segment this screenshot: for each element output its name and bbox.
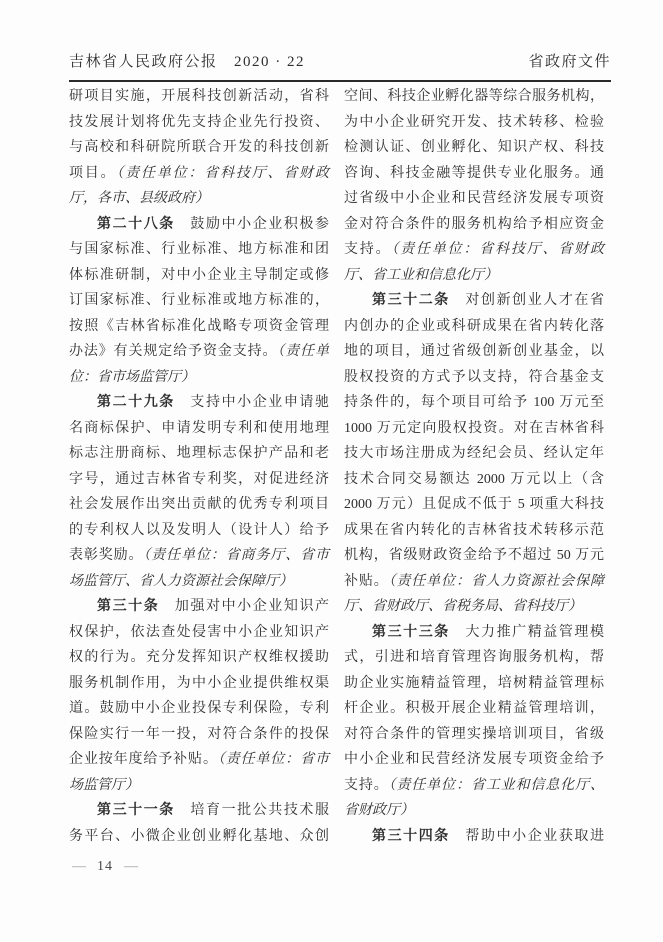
body-text: 培育一批公共技术服	[175, 803, 329, 818]
footer-dash-right: —	[124, 859, 138, 874]
body-text: 办法》有关规定给予资金支持。	[69, 344, 277, 359]
text-line: 1000 万元定向股权投资。对在吉林省科	[344, 416, 604, 442]
section-label: 省政府文件	[528, 50, 611, 71]
body-text: 金对符合条件的服务机构给予相应资金	[344, 217, 604, 232]
article-number: 第三十一条	[97, 803, 175, 818]
text-line: 体标准研制，对中小企业主导制定或修	[69, 263, 329, 289]
responsibility-note: （责任单位：省科技厅、省财政	[116, 166, 329, 181]
text-line: 金对符合条件的服务机构给予相应资金	[344, 212, 604, 238]
body-text: 技术合同交易额达 2000 万元以上（含	[344, 472, 604, 487]
body-text: 技大市场注册成为经纪会员、经认定年	[344, 446, 604, 461]
body-text: 帮助中小企业获取进	[450, 829, 604, 844]
text-line: 第三十条 加强对中小企业知识产	[69, 594, 329, 620]
text-line: 式，引进和培育管理咨询服务机构，帮	[344, 645, 604, 671]
text-line: 支持。（责任单位：省科技厅、省财政	[344, 237, 604, 263]
text-line: 内创办的企业或科研成果在省内转化落	[344, 314, 604, 340]
body-text: 过省级中小企业和民营经济发展专项资	[344, 191, 604, 206]
body-text: 2000 万元）且促成不低于 5 项重大科技	[344, 497, 604, 512]
text-line: 名商标保护、申请发明专利和使用地理	[69, 416, 329, 442]
text-line: 第三十一条 培育一批公共技术服	[69, 798, 329, 824]
body-text: 地的项目，通过省级创新创业基金，以	[344, 344, 604, 359]
text-line: 第二十九条 支持中小企业申请驰	[69, 390, 329, 416]
text-line: 项目。（责任单位：省科技厅、省财政	[69, 161, 329, 187]
text-line: 厅、省工业和信息化厅）	[344, 263, 604, 289]
text-line: 检测认证、创业孵化、知识产权、科技	[344, 135, 604, 161]
body-text: 务平台、小微企业创业孵化基地、众创	[69, 829, 329, 844]
body-text: 空间、科技企业孵化器等综合服务机构，	[344, 89, 604, 104]
body-text: 表彰奖励。	[69, 548, 143, 563]
text-line: 与国家标准、行业标准、地方标准和团	[69, 237, 329, 263]
body-text: 保险实行一年一投，对符合条件的投保	[69, 727, 329, 742]
body-text: 订国家标准、行业标准或地方标准的，	[69, 293, 329, 308]
text-line: 第三十三条 大力推广精益管理模	[344, 620, 604, 646]
body-text: 机构，省级财政资金给予不超过 50 万元	[344, 548, 604, 563]
responsibility-note: 场监管厅）	[69, 778, 139, 793]
body-text: 按照《吉林省标准化战略专项资金管理	[69, 319, 329, 334]
text-line: 保险实行一年一投，对符合条件的投保	[69, 722, 329, 748]
text-line: 场监管厅、省人力资源社会保障厅）	[69, 569, 329, 595]
page-number: 14	[97, 859, 113, 874]
article-number: 第三十二条	[372, 293, 450, 308]
text-line: 补贴。（责任单位：省人力资源社会保障	[344, 569, 604, 595]
body-text: 字号，通过吉林省专利奖，对促进经济	[69, 472, 329, 487]
responsibility-note: 厅、省财政厅、省税务局、省科技厅）	[344, 599, 582, 614]
responsibility-note: （责任单位：省人力资源社会保障	[389, 574, 604, 589]
responsibility-note: （责任单位：省科技厅、省财政	[391, 242, 604, 257]
body-text: 与高校和科研院所联合开发的科技创新	[69, 140, 329, 155]
responsibility-note: （责任单位：省工业和信息化厅、	[389, 778, 604, 793]
responsibility-note: 厅，各市、县级政府）	[69, 191, 209, 206]
footer-dash-left: —	[72, 859, 86, 874]
responsibility-note: 场监管厅、省人力资源社会保障厅）	[69, 574, 293, 589]
body-text: 服务机制作用，为中小企业提供维权渠	[69, 676, 329, 691]
text-line: 地的项目，通过省级创新创业基金，以	[344, 339, 604, 365]
text-line: 企业按年度给予补贴。（责任单位：省市	[69, 747, 329, 773]
responsibility-note: 厅、省工业和信息化厅）	[344, 268, 498, 283]
text-line: 支持。（责任单位：省工业和信息化厅、	[344, 773, 604, 799]
responsibility-note: （责任单位：省商务厅、省市	[143, 548, 329, 563]
body-text: 补贴。	[344, 574, 389, 589]
text-line: 场监管厅）	[69, 773, 329, 799]
body-text: 体标准研制，对中小企业主导制定或修	[69, 268, 329, 283]
body-text: 对符合条件的管理实操培训项目，省级	[344, 727, 604, 742]
body-text: 式，引进和培育管理咨询服务机构，帮	[344, 650, 604, 665]
text-line: 第二十八条 鼓励中小企业积极参	[69, 212, 329, 238]
text-line: 为中小企业研究开发、技术转移、检验	[344, 110, 604, 136]
body-text: 名商标保护、申请发明专利和使用地理	[69, 421, 329, 436]
text-line: 按照《吉林省标准化战略专项资金管理	[69, 314, 329, 340]
column-right: 空间、科技企业孵化器等综合服务机构，为中小企业研究开发、技术转移、检验检测认证、…	[344, 84, 604, 849]
body-text: 持条件的，每个项目可给予 100 万元至	[344, 395, 604, 410]
text-line: 厅、省财政厅、省税务局、省科技厅）	[344, 594, 604, 620]
gazette-title: 吉林省人民政府公报 2020 · 22	[69, 50, 305, 71]
text-line: 省财政厅）	[344, 798, 604, 824]
text-line: 权保护，依法查处侵害中小企业知识产	[69, 620, 329, 646]
text-line: 厅，各市、县级政府）	[69, 186, 329, 212]
article-number: 第三十条	[97, 599, 159, 614]
text-line: 杆企业。积极开展企业精益管理培训，	[344, 696, 604, 722]
article-number: 第二十八条	[97, 217, 175, 232]
responsibility-note: 位：省市场监管厅）	[69, 370, 195, 385]
text-line: 研项目实施，开展科技创新活动，省科	[69, 84, 329, 110]
text-line: 位：省市场监管厅）	[69, 365, 329, 391]
body-text: 对创新创业人才在省	[450, 293, 604, 308]
text-line: 机构，省级财政资金给予不超过 50 万元	[344, 543, 604, 569]
text-line: 订国家标准、行业标准或地方标准的，	[69, 288, 329, 314]
responsibility-note: （责任单位：省市	[218, 752, 329, 767]
article-number: 第三十四条	[372, 829, 450, 844]
body-text: 为中小企业研究开发、技术转移、检验	[344, 115, 604, 130]
body-text: 支持。	[344, 778, 389, 793]
text-line: 务平台、小微企业创业孵化基地、众创	[69, 824, 329, 850]
text-line: 标志注册商标、地理标志保护产品和老	[69, 441, 329, 467]
text-line: 权的行为。充分发挥知识产权维权援助	[69, 645, 329, 671]
responsibility-note: 省财政厅）	[344, 803, 414, 818]
body-text: 社会发展作出突出贡献的优秀专利项目	[69, 497, 329, 512]
body-text: 权的行为。充分发挥知识产权维权援助	[69, 650, 329, 665]
text-line: 与高校和科研院所联合开发的科技创新	[69, 135, 329, 161]
body-text: 企业按年度给予补贴。	[69, 752, 218, 767]
text-line: 空间、科技企业孵化器等综合服务机构，	[344, 84, 604, 110]
body-text: 加强对中小企业知识产	[159, 599, 329, 614]
body-text: 咨询、科技金融等提供专业化服务。通	[344, 166, 604, 181]
responsibility-note: （责任单	[277, 344, 329, 359]
text-line: 技大市场注册成为经纪会员、经认定年	[344, 441, 604, 467]
text-line: 成果在省内转化的吉林省技术转移示范	[344, 518, 604, 544]
text-line: 办法》有关规定给予资金支持。（责任单	[69, 339, 329, 365]
body-text: 的专利权人以及发明人（设计人）给予	[69, 523, 329, 538]
text-line: 道。鼓励中小企业投保专利保险，专利	[69, 696, 329, 722]
body-text: 鼓励中小企业积极参	[175, 217, 329, 232]
page-header: 吉林省人民政府公报 2020 · 22 省政府文件	[69, 50, 611, 82]
body-text: 中小企业和民营经济发展专项资金给予	[344, 752, 604, 767]
page-body: 研项目实施，开展科技创新活动，省科技发展计划将优先支持企业先行投资、与高校和科研…	[69, 84, 604, 849]
text-line: 的专利权人以及发明人（设计人）给予	[69, 518, 329, 544]
body-text: 内创办的企业或科研成果在省内转化落	[344, 319, 604, 334]
body-text: 股权投资的方式予以支持，符合基金支	[344, 370, 604, 385]
text-line: 持条件的，每个项目可给予 100 万元至	[344, 390, 604, 416]
body-text: 1000 万元定向股权投资。对在吉林省科	[344, 421, 604, 436]
body-text: 检测认证、创业孵化、知识产权、科技	[344, 140, 604, 155]
body-text: 助企业实施精益管理，培树精益管理标	[344, 676, 604, 691]
body-text: 权保护，依法查处侵害中小企业知识产	[69, 625, 329, 640]
text-line: 第三十四条 帮助中小企业获取进	[344, 824, 604, 850]
body-text: 成果在省内转化的吉林省技术转移示范	[344, 523, 604, 538]
text-line: 2000 万元）且促成不低于 5 项重大科技	[344, 492, 604, 518]
text-line: 表彰奖励。（责任单位：省商务厅、省市	[69, 543, 329, 569]
text-line: 助企业实施精益管理，培树精益管理标	[344, 671, 604, 697]
body-text: 与国家标准、行业标准、地方标准和团	[69, 242, 329, 257]
page-footer: —14—	[72, 859, 138, 875]
article-number: 第三十三条	[372, 625, 450, 640]
text-line: 字号，通过吉林省专利奖，对促进经济	[69, 467, 329, 493]
body-text: 大力推广精益管理模	[450, 625, 604, 640]
body-text: 标志注册商标、地理标志保护产品和老	[69, 446, 329, 461]
text-line: 服务机制作用，为中小企业提供维权渠	[69, 671, 329, 697]
body-text: 技发展计划将优先支持企业先行投资、	[69, 115, 329, 130]
text-line: 过省级中小企业和民营经济发展专项资	[344, 186, 604, 212]
text-line: 社会发展作出突出贡献的优秀专利项目	[69, 492, 329, 518]
article-number: 第二十九条	[97, 395, 175, 410]
text-line: 技发展计划将优先支持企业先行投资、	[69, 110, 329, 136]
text-line: 技术合同交易额达 2000 万元以上（含	[344, 467, 604, 493]
text-line: 咨询、科技金融等提供专业化服务。通	[344, 161, 604, 187]
body-text: 杆企业。积极开展企业精益管理培训，	[344, 701, 604, 716]
body-text: 研项目实施，开展科技创新活动，省科	[69, 89, 329, 104]
body-text: 道。鼓励中小企业投保专利保险，专利	[69, 701, 329, 716]
text-line: 股权投资的方式予以支持，符合基金支	[344, 365, 604, 391]
body-text: 支持。	[344, 242, 391, 257]
column-left: 研项目实施，开展科技创新活动，省科技发展计划将优先支持企业先行投资、与高校和科研…	[69, 84, 329, 849]
body-text: 项目。	[69, 166, 116, 181]
text-line: 第三十二条 对创新创业人才在省	[344, 288, 604, 314]
text-line: 对符合条件的管理实操培训项目，省级	[344, 722, 604, 748]
body-text: 支持中小企业申请驰	[175, 395, 329, 410]
document-page: 吉林省人民政府公报 2020 · 22 省政府文件 研项目实施，开展科技创新活动…	[0, 0, 663, 942]
text-line: 中小企业和民营经济发展专项资金给予	[344, 747, 604, 773]
